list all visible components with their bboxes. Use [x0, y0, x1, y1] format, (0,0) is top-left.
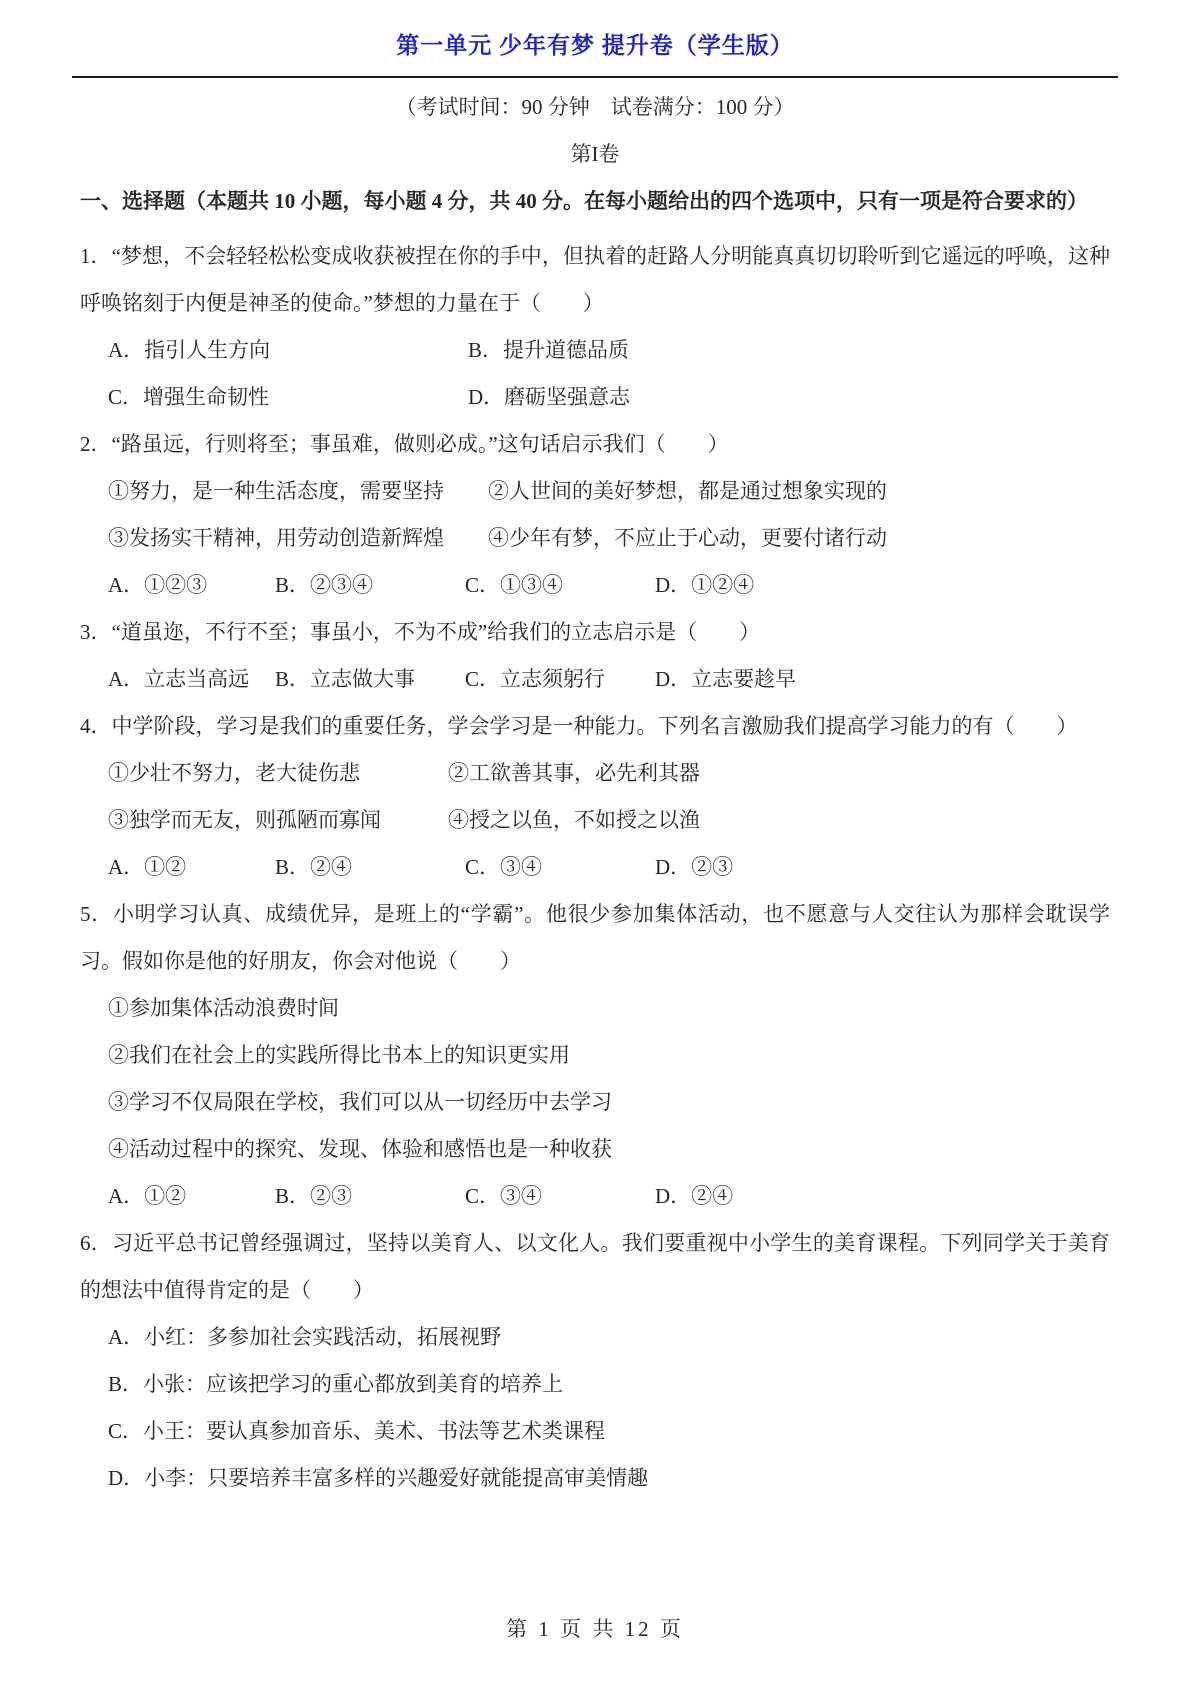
option-c: C．③④ — [465, 1173, 655, 1220]
option-a: A．立志当高远 — [108, 656, 275, 703]
statement-3: ③独学而无友，则孤陋而寡闻 — [108, 797, 448, 844]
option-d: D．①②④ — [655, 562, 754, 609]
statement-4: ④少年有梦，不应止于心动，更要付诸行动 — [488, 515, 887, 562]
statement-2: ②工欲善其事，必先利其器 — [448, 750, 700, 797]
question-2-statements-row-2: ③发扬实干精神，用劳动创造新辉煌 ④少年有梦，不应止于心动，更要付诸行动 — [80, 515, 1110, 562]
volume-label: 第I卷 — [80, 131, 1110, 178]
option-c: C．立志须躬行 — [465, 656, 655, 703]
question-1-stem: 1．“梦想，不会轻轻松松变成收获被捏在你的手中，但执着的赶路人分明能真真切切聆听… — [80, 233, 1110, 327]
option-c: C．增强生命韧性 — [108, 374, 468, 421]
statement-1: ①参加集体活动浪费时间 — [80, 985, 1110, 1032]
exam-content: （考试时间：90 分钟 试卷满分：100 分） 第I卷 一、选择题（本题共 10… — [80, 84, 1110, 1502]
option-a: A．指引人生方向 — [108, 327, 468, 374]
exam-time-info: （考试时间：90 分钟 试卷满分：100 分） — [80, 84, 1110, 131]
question-5: 5．小明学习认真、成绩优异，是班上的“学霸”。他很少参加集体活动，也不愿意与人交… — [80, 891, 1110, 1220]
question-3: 3．“道虽迩，不行不至；事虽小，不为不成”给我们的立志启示是（ ） A．立志当高… — [80, 609, 1110, 703]
question-2-statements-row-1: ①努力，是一种生活态度，需要坚持 ②人世间的美好梦想，都是通过想象实现的 — [80, 468, 1110, 515]
question-5-stem: 5．小明学习认真、成绩优异，是班上的“学霸”。他很少参加集体活动，也不愿意与人交… — [80, 891, 1110, 985]
title-divider — [72, 76, 1118, 78]
statement-4: ④授之以鱼，不如授之以渔 — [448, 797, 700, 844]
question-3-stem: 3．“道虽迩，不行不至；事虽小，不为不成”给我们的立志启示是（ ） — [80, 609, 1110, 656]
question-2-options-row: A．①②③ B．②③④ C．①③④ D．①②④ — [80, 562, 1110, 609]
option-d: D．磨砺坚强意志 — [468, 374, 630, 421]
option-b: B．②③ — [275, 1173, 465, 1220]
question-1-options-row-1: A．指引人生方向 B．提升道德品质 — [80, 327, 1110, 374]
section-heading: 一、选择题（本题共 10 小题，每小题 4 分，共 40 分。在每小题给出的四个… — [80, 178, 1110, 225]
exam-page: 第一单元 少年有梦 提升卷（学生版） （考试时间：90 分钟 试卷满分：100 … — [0, 0, 1190, 1682]
question-2-stem: 2．“路虽远，行则将至；事虽难，做则必成。”这句话启示我们（ ） — [80, 421, 1110, 468]
option-d: D．立志要趁早 — [655, 656, 796, 703]
option-a: A．①②③ — [108, 562, 275, 609]
option-c: C．小王：要认真参加音乐、美术、书法等艺术类课程 — [80, 1408, 1110, 1455]
option-b: B．提升道德品质 — [468, 327, 629, 374]
option-c: C．①③④ — [465, 562, 655, 609]
option-d: D．小李：只要培养丰富多样的兴趣爱好就能提高审美情趣 — [80, 1455, 1110, 1502]
statement-1: ①努力，是一种生活态度，需要坚持 — [108, 468, 488, 515]
option-a: A．①② — [108, 1173, 275, 1220]
option-b: B．②④ — [275, 844, 465, 891]
option-c: C．③④ — [465, 844, 655, 891]
page-number: 第 1 页 共 12 页 — [0, 1606, 1190, 1653]
question-2: 2．“路虽远，行则将至；事虽难，做则必成。”这句话启示我们（ ） ①努力，是一种… — [80, 421, 1110, 609]
question-5-options-row: A．①② B．②③ C．③④ D．②④ — [80, 1173, 1110, 1220]
question-4: 4．中学阶段，学习是我们的重要任务，学会学习是一种能力。下列名言激励我们提高学习… — [80, 703, 1110, 891]
statement-2: ②我们在社会上的实践所得比书本上的知识更实用 — [80, 1032, 1110, 1079]
option-d: D．②③ — [655, 844, 733, 891]
option-b: B．小张：应该把学习的重心都放到美育的培养上 — [80, 1361, 1110, 1408]
question-4-options-row: A．①② B．②④ C．③④ D．②③ — [80, 844, 1110, 891]
question-6: 6．习近平总书记曾经强调过，坚持以美育人、以文化人。我们要重视中小学生的美育课程… — [80, 1220, 1110, 1502]
option-a: A．①② — [108, 844, 275, 891]
statement-1: ①少壮不努力，老大徒伤悲 — [108, 750, 448, 797]
question-3-options-row: A．立志当高远 B．立志做大事 C．立志须躬行 D．立志要趁早 — [80, 656, 1110, 703]
page-title: 第一单元 少年有梦 提升卷（学生版） — [0, 0, 1190, 62]
question-4-stem: 4．中学阶段，学习是我们的重要任务，学会学习是一种能力。下列名言激励我们提高学习… — [80, 703, 1110, 750]
question-6-stem: 6．习近平总书记曾经强调过，坚持以美育人、以文化人。我们要重视中小学生的美育课程… — [80, 1220, 1110, 1314]
question-4-statements-row-2: ③独学而无友，则孤陋而寡闻 ④授之以鱼，不如授之以渔 — [80, 797, 1110, 844]
option-d: D．②④ — [655, 1173, 733, 1220]
option-b: B．②③④ — [275, 562, 465, 609]
statement-3: ③发扬实干精神，用劳动创造新辉煌 — [108, 515, 488, 562]
option-b: B．立志做大事 — [275, 656, 465, 703]
question-1-options-row-2: C．增强生命韧性 D．磨砺坚强意志 — [80, 374, 1110, 421]
statement-4: ④活动过程中的探究、发现、体验和感悟也是一种收获 — [80, 1126, 1110, 1173]
statement-3: ③学习不仅局限在学校，我们可以从一切经历中去学习 — [80, 1079, 1110, 1126]
question-4-statements-row-1: ①少壮不努力，老大徒伤悲 ②工欲善其事，必先利其器 — [80, 750, 1110, 797]
statement-2: ②人世间的美好梦想，都是通过想象实现的 — [488, 468, 887, 515]
option-a: A．小红：多参加社会实践活动，拓展视野 — [80, 1314, 1110, 1361]
question-1: 1．“梦想，不会轻轻松松变成收获被捏在你的手中，但执着的赶路人分明能真真切切聆听… — [80, 233, 1110, 421]
